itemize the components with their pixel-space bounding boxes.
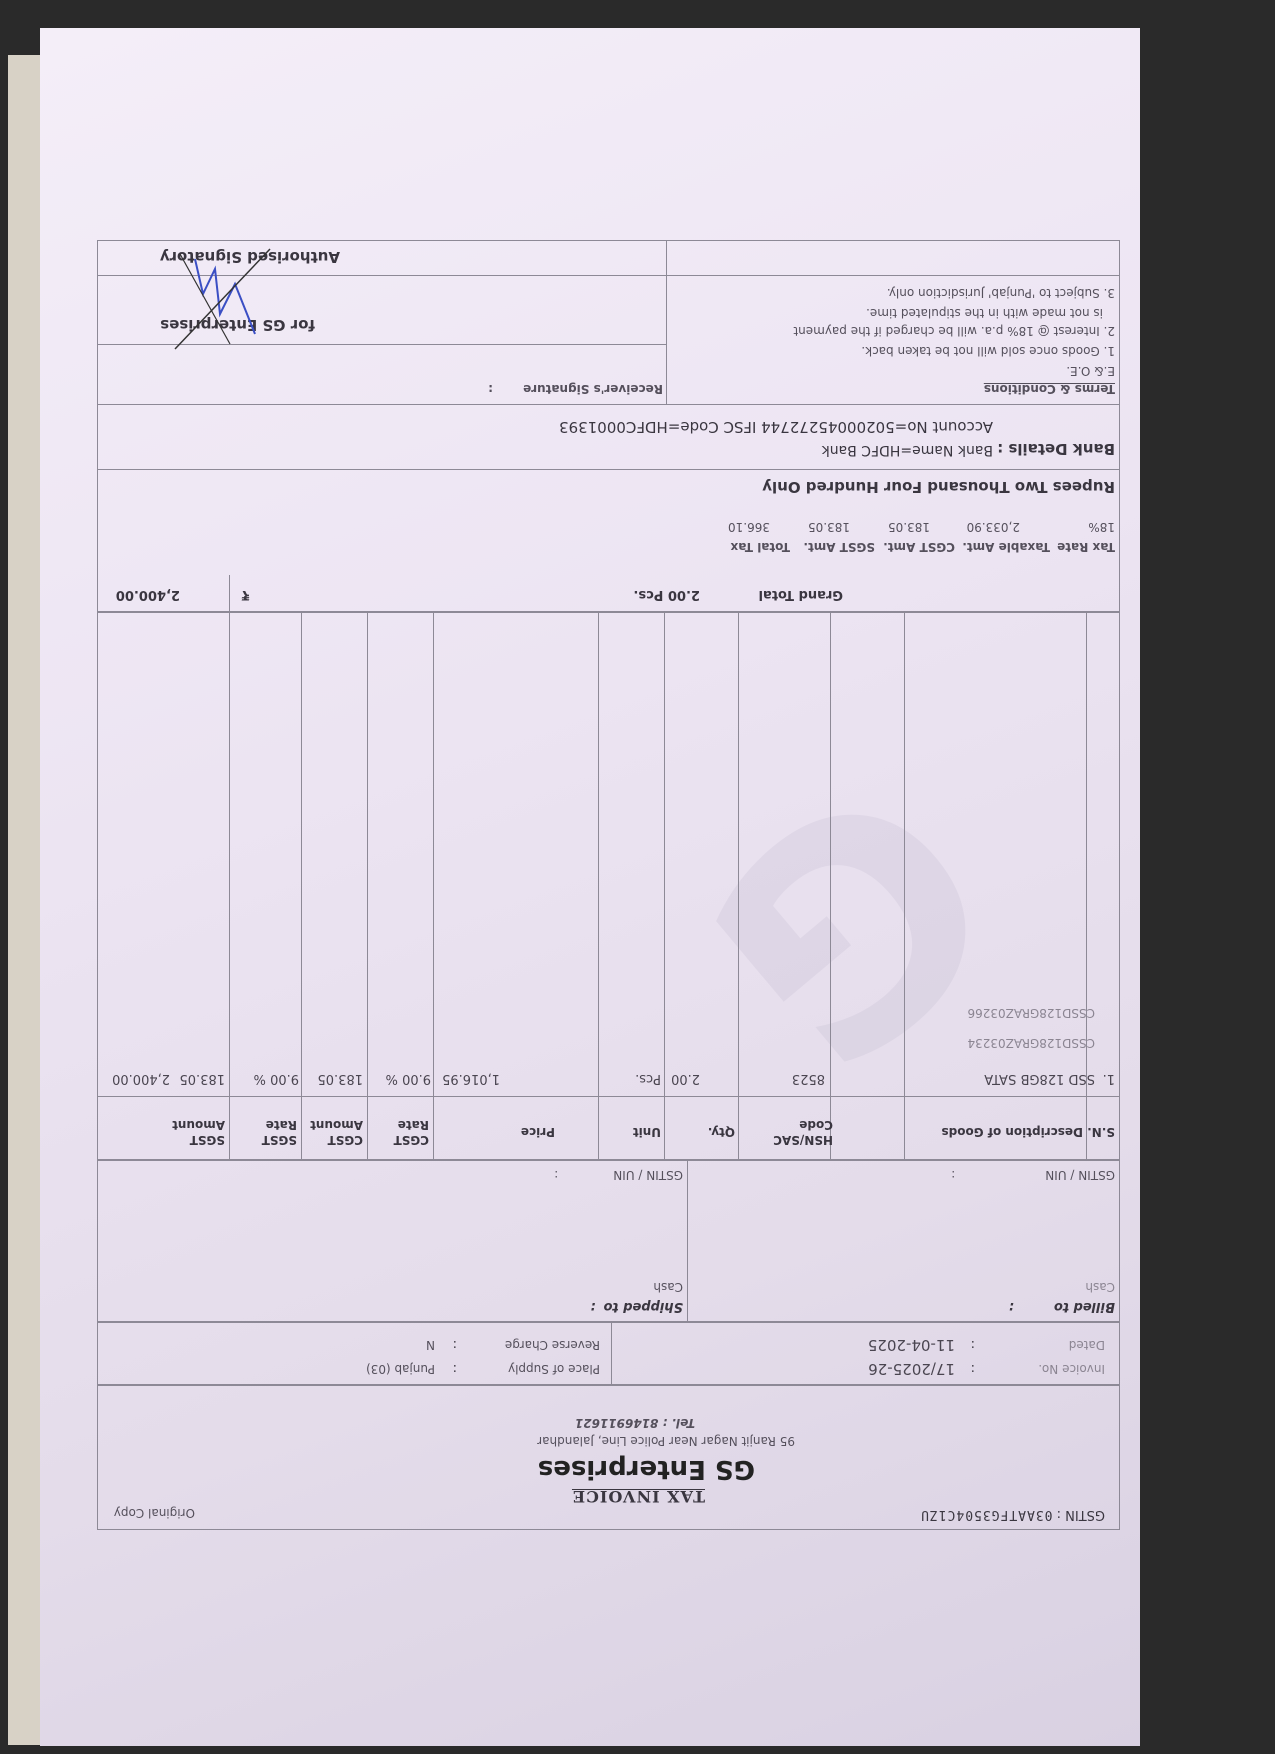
col-price: Price [521, 1124, 555, 1139]
invoice-date: 11-04-2025 [868, 1336, 955, 1354]
row-serial-2: CSSD128GRAZ03266 [967, 1006, 1095, 1020]
place-of-supply: Punjab (03) [366, 1362, 435, 1376]
row-hsn: 8523 [792, 1071, 825, 1086]
col-cgst-amount: CGST Amount [310, 1117, 363, 1147]
row-sn: 1. [1103, 1071, 1115, 1086]
row-serial-1: CSSD128GRAZ03234 [967, 1036, 1095, 1050]
copy-label: Original Copy [114, 1506, 195, 1520]
company-tel: Tel. : 8146911621 [575, 1416, 695, 1430]
company-name: GS Enterprises [538, 1454, 755, 1484]
row-cgst-rate: 9.00 % [386, 1071, 431, 1086]
row-cgst-amount: 183.05 [318, 1071, 364, 1086]
invoice-no: 17/2025-26 [868, 1360, 955, 1378]
gstin-label: GSTIN [1065, 1507, 1105, 1522]
shipped-to-label: Shipped to: [590, 1299, 683, 1314]
row-price: 1,016.95 [442, 1071, 500, 1086]
col-hsn: HSN/SAC Code [773, 1117, 833, 1147]
terms-item-2: 2. Interest @ 18% p.a. will be charged i… [793, 324, 1115, 338]
items-table [97, 612, 1120, 1160]
receiver-signature-label: Receiver's Signature: [488, 382, 663, 396]
company-address: 95 Ranjit Nagar Near Police Line, Jaland… [537, 1434, 795, 1448]
terms-item-1: 1. Goods once sold will not be taken bac… [861, 344, 1115, 358]
invoice-info-box [97, 1322, 1120, 1385]
parties-box [97, 1160, 1120, 1322]
shipped-gstin-label: GSTIN / UIN: [554, 1168, 683, 1182]
row-sgst-rate: 9.00 % [254, 1071, 299, 1086]
row-qty: 2.00 [671, 1071, 700, 1086]
shipped-to-name: Cash [653, 1280, 683, 1294]
col-sgst-rate: SGST Rate [262, 1117, 297, 1147]
reverse-charge: N [426, 1338, 435, 1352]
col-qty: Qty. [708, 1124, 735, 1139]
billed-to-name: Cash [1085, 1280, 1115, 1294]
col-cgst-rate: CGST Rate [394, 1117, 429, 1147]
row-sgst-amount: 183.05 [180, 1071, 226, 1086]
place-of-supply-label: Place of Supply [508, 1362, 600, 1376]
row-description: SSD 128GB SATA [984, 1071, 1095, 1086]
dated-label: Dated [1069, 1338, 1105, 1352]
col-unit: Unit [633, 1124, 661, 1139]
col-sn: S.N. [1087, 1124, 1115, 1139]
row-unit: Pcs. [635, 1071, 661, 1086]
terms-item-2b: is not made with in the stipulated time. [866, 306, 1103, 320]
invoice-sheet-rotated: G GSTIN : 03AATFG3504C1ZU Original Copy … [0, 0, 1275, 1754]
terms-eoe: E.& O.E. [1066, 364, 1115, 378]
row-amount: 2,400.00 [112, 1071, 170, 1086]
col-sgst-amount: SGST Amount [172, 1117, 225, 1147]
invoice-no-label: Invoice No. [1038, 1362, 1105, 1376]
gstin-row: GSTIN : 03AATFG3504C1ZU [920, 1507, 1105, 1522]
billed-to-label: Billed to: [1009, 1299, 1115, 1314]
col-description: Description of Goods [941, 1124, 1083, 1139]
terms-title: Terms & Conditions [984, 382, 1115, 396]
reverse-charge-label: Reverse Charge [505, 1338, 600, 1352]
gstin-value: 03AATFG3504C1ZU [920, 1507, 1052, 1522]
terms-item-3: 3. Subject to 'Punjab' Jurisdiction only… [887, 286, 1115, 300]
signature-mark [145, 244, 275, 354]
document-title: TAX INVOICE [572, 1487, 705, 1506]
billed-gstin-label: GSTIN / UIN: [951, 1168, 1115, 1182]
